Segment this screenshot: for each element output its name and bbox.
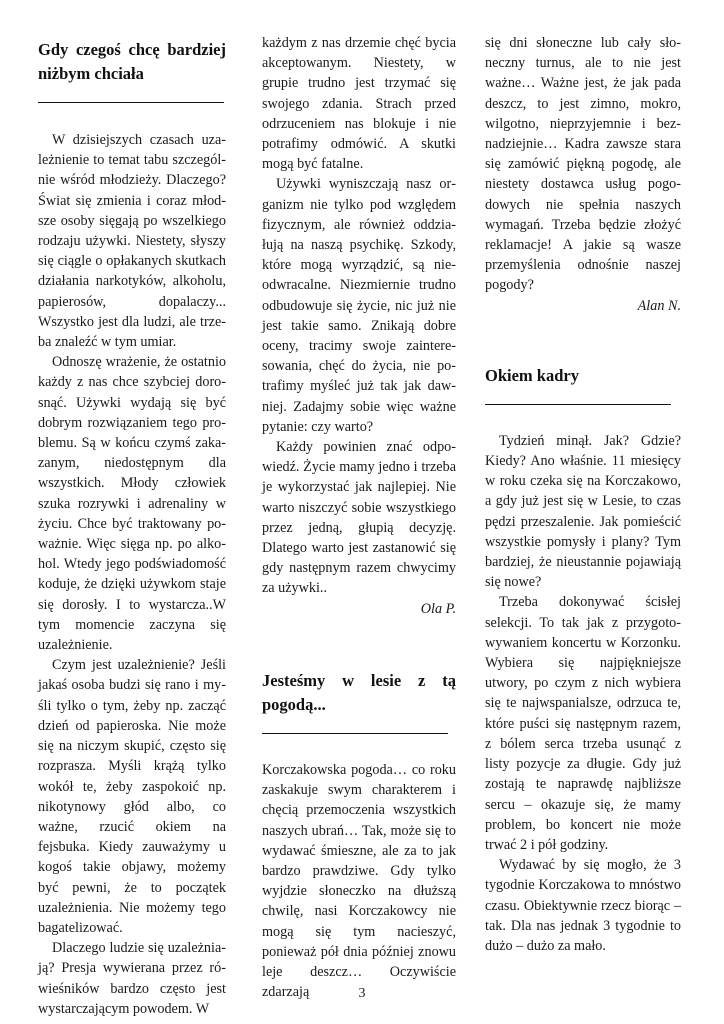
paragraph: Każdy powinien znać odpo­wiedź. Życie ma… [262, 437, 456, 599]
paragraph: Wydawać by się mogło, że 3 tygodnie Korc… [485, 855, 681, 956]
paragraph: się dni słoneczne lub cały sło­neczny tu… [485, 33, 681, 296]
title-rule [262, 733, 448, 734]
column-2: każdym z nas drzemie chęć by­cia akcepto… [262, 0, 456, 1002]
page-number: 3 [0, 986, 724, 1002]
paragraph: W dzisiejszych czasach uza­leżnienie to … [38, 130, 226, 352]
article-title-weather: Jesteśmy w lesie z tą pogodą... [262, 669, 456, 717]
article-title-addiction: Gdy czegoś chcę bardziej niżbym chciała [38, 38, 226, 86]
article-title-staff: Okiem kadry [485, 364, 681, 388]
paragraph: Trzeba dokonywać ścisłej selekcji. To ta… [485, 592, 681, 855]
paragraph: Używki wyniszczają nasz or­ganizm nie ty… [262, 174, 456, 437]
author-signature: Alan N. [485, 296, 681, 316]
column-3: się dni słoneczne lub cały sło­neczny tu… [485, 0, 681, 956]
author-signature: Ola P. [262, 599, 456, 619]
paragraph: Odnoszę wrażenie, że ostatnio każdy z na… [38, 352, 226, 655]
paragraph: każdym z nas drzemie chęć by­cia akcepto… [262, 33, 456, 174]
paragraph: Korczakowska pogoda… co roku zaskakuje s… [262, 760, 456, 1002]
title-rule [38, 102, 224, 103]
column-1: Gdy czegoś chcę bardziej niżbym chciała … [38, 0, 226, 1019]
paragraph: Dlaczego ludzie się uzależnia­ją? Presja… [38, 938, 226, 1019]
paragraph: Tydzień minął. Jak? Gdzie? Kiedy? Ano wł… [485, 431, 681, 593]
paragraph: Czym jest uzależnienie? Jeśli jakaś osob… [38, 655, 226, 938]
title-rule [485, 404, 671, 405]
